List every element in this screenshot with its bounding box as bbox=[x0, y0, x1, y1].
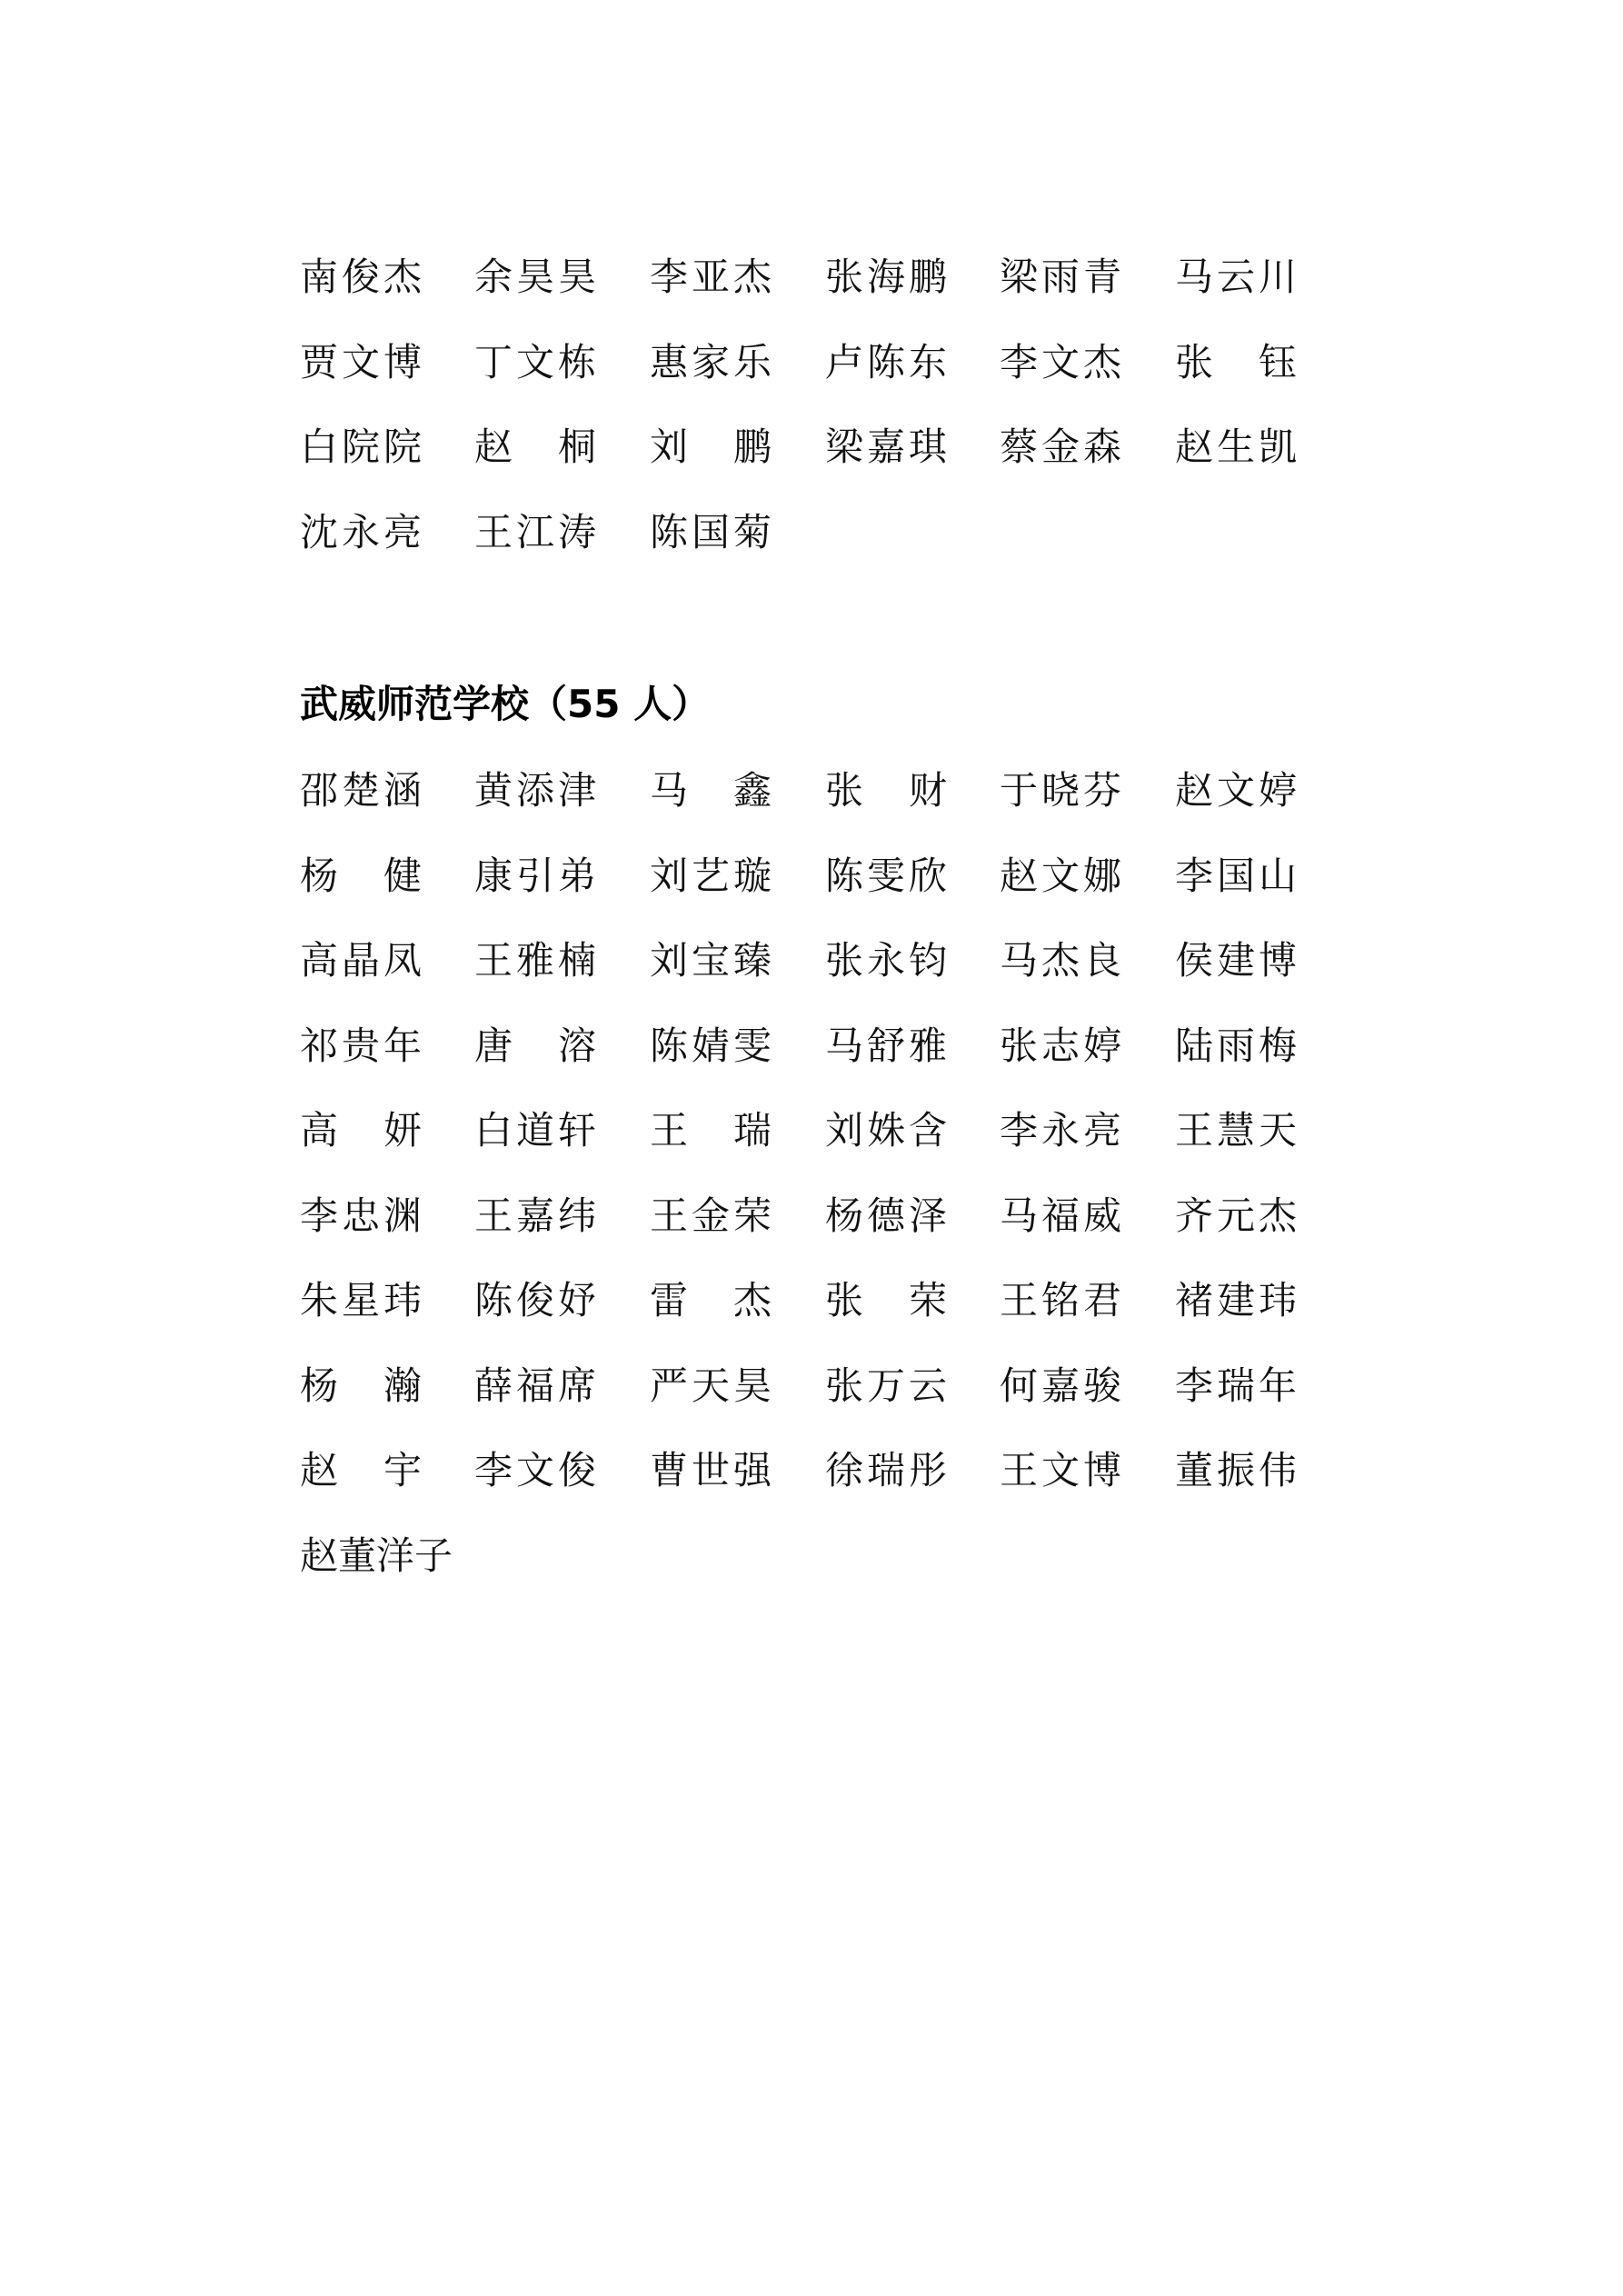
name-entry: 惠家乐 bbox=[650, 320, 775, 405]
name-entry: 李亚杰 bbox=[650, 235, 775, 320]
name-entry: 于晓芬 bbox=[1000, 748, 1125, 834]
name-entry: 李文杰 bbox=[1000, 320, 1125, 405]
name-entry: 蔡金森 bbox=[1000, 404, 1125, 490]
name-entry: 黄添津 bbox=[474, 748, 600, 834]
name-entry: 张海鹏 bbox=[825, 235, 951, 320]
name-entry: 王江涛 bbox=[474, 490, 600, 575]
name-row: 邵楚涵 黄添津 马 鑫 张 财 于晓芬 赵文婷 bbox=[300, 748, 1354, 834]
name-list-wuwei-normal-school: 邵楚涵 黄添津 马 鑫 张 财 于晓芬 赵文婷 杨 健 康引弟 刘艺璇 陈雯欣 … bbox=[300, 748, 1354, 1598]
name-entry: 张永钧 bbox=[825, 918, 951, 1003]
name-entry: 薛福席 bbox=[474, 1343, 600, 1429]
name-entry: 徐瑞彤 bbox=[825, 1428, 951, 1513]
name-entry: 王铭君 bbox=[1000, 1258, 1125, 1343]
name-entry: 王 瑞 bbox=[650, 1088, 775, 1173]
name-row: 祁贵年 唐 溶 陈婧雯 马舒雅 张志婷 陆雨梅 bbox=[300, 1003, 1354, 1089]
name-entry: 王慧天 bbox=[1175, 1088, 1300, 1173]
name-entry: 李文俊 bbox=[474, 1428, 600, 1513]
name-entry: 王金荣 bbox=[650, 1173, 775, 1259]
name-entry: 刘宝臻 bbox=[650, 918, 775, 1003]
name-entry: 卢陈东 bbox=[825, 320, 951, 405]
name-row: 朱星玮 陈俊妤 雷 杰 张 荣 王铭君 褚建玮 bbox=[300, 1258, 1354, 1343]
name-entry: 刘艺璇 bbox=[650, 834, 775, 919]
name-entry: 马福威 bbox=[1000, 1173, 1125, 1259]
name-entry: 梁雨青 bbox=[1000, 235, 1125, 320]
name-entry: 陈雯欣 bbox=[825, 834, 951, 919]
name-entry: 邵楚涵 bbox=[300, 748, 425, 834]
name-row: 赵 宇 李文俊 曹世强 徐瑞彤 王文博 董振伟 bbox=[300, 1428, 1354, 1513]
name-row: 沈永亮 王江涛 陈国菊 bbox=[300, 490, 1354, 575]
name-row: 贾文博 丁文栋 惠家乐 卢陈东 李文杰 张 钰 bbox=[300, 320, 1354, 405]
name-row: 白院院 赵 桐 刘 鹏 梁嘉琪 蔡金森 赵生凯 bbox=[300, 404, 1354, 490]
name-entry: 何嘉骏 bbox=[1000, 1343, 1125, 1429]
name-entry: 唐 溶 bbox=[474, 1003, 600, 1089]
name-entry: 刘 鹏 bbox=[650, 404, 775, 490]
name-entry: 赵 桐 bbox=[474, 404, 600, 490]
name-entry: 马舒雅 bbox=[825, 1003, 951, 1089]
name-entry: 李瑞年 bbox=[1175, 1343, 1300, 1429]
name-entry: 张 财 bbox=[825, 748, 951, 834]
name-entry: 马云川 bbox=[1175, 235, 1300, 320]
name-entry: 张 荣 bbox=[825, 1258, 951, 1343]
name-entry: 贾文博 bbox=[300, 320, 425, 405]
name-entry: 丁文栋 bbox=[474, 320, 600, 405]
name-entry: 陈婧雯 bbox=[650, 1003, 775, 1089]
name-entry: 刘姝含 bbox=[825, 1088, 951, 1173]
name-list-continued: 南俊杰 余昊昊 李亚杰 张海鹏 梁雨青 马云川 贾文博 丁文栋 惠家乐 卢陈东 … bbox=[300, 235, 1354, 574]
name-entry: 白院院 bbox=[300, 404, 425, 490]
name-entry: 王文博 bbox=[1000, 1428, 1125, 1513]
name-entry: 赵文娜 bbox=[1000, 834, 1125, 919]
name-entry: 张万云 bbox=[825, 1343, 951, 1429]
name-row: 南俊杰 余昊昊 李亚杰 张海鹏 梁雨青 马云川 bbox=[300, 235, 1354, 320]
name-entry: 杨德泽 bbox=[825, 1173, 951, 1259]
name-entry: 张志婷 bbox=[1000, 1003, 1125, 1089]
name-entry: 张 钰 bbox=[1175, 320, 1300, 405]
name-row: 杨 瀚 薛福席 严天昊 张万云 何嘉骏 李瑞年 bbox=[300, 1343, 1354, 1429]
name-entry: 王嘉纬 bbox=[474, 1173, 600, 1259]
name-entry: 陈俊妤 bbox=[474, 1258, 600, 1343]
document-page: 南俊杰 余昊昊 李亚杰 张海鹏 梁雨青 马云川 贾文博 丁文栋 惠家乐 卢陈东 … bbox=[0, 0, 1623, 2296]
name-entry: 梁嘉琪 bbox=[825, 404, 951, 490]
name-entry: 祁贵年 bbox=[300, 1003, 425, 1089]
name-entry: 余昊昊 bbox=[474, 235, 600, 320]
name-entry: 杨 健 bbox=[300, 834, 425, 919]
section-heading: 武威师范学校（55 人） bbox=[300, 677, 710, 732]
name-row: 高 妍 白道轩 王 瑞 刘姝含 李永亮 王慧天 bbox=[300, 1088, 1354, 1173]
name-entry: 李忠渊 bbox=[300, 1173, 425, 1259]
name-entry: 高 妍 bbox=[300, 1088, 425, 1173]
name-entry: 白道轩 bbox=[474, 1088, 600, 1173]
name-entry: 陈国菊 bbox=[650, 490, 775, 575]
name-entry: 马杰良 bbox=[1000, 918, 1125, 1003]
name-entry: 赵文婷 bbox=[1175, 748, 1300, 834]
name-entry: 严天昊 bbox=[650, 1343, 775, 1429]
name-entry: 杨 瀚 bbox=[300, 1343, 425, 1429]
name-entry: 沈永亮 bbox=[300, 490, 425, 575]
name-row: 杨 健 康引弟 刘艺璇 陈雯欣 赵文娜 李国山 bbox=[300, 834, 1354, 919]
name-entry: 褚建玮 bbox=[1175, 1258, 1300, 1343]
name-row: 李忠渊 王嘉纬 王金荣 杨德泽 马福威 齐元杰 bbox=[300, 1173, 1354, 1259]
name-entry: 董振伟 bbox=[1175, 1428, 1300, 1513]
name-entry: 朱星玮 bbox=[300, 1258, 425, 1343]
name-row: 高晶凤 王雅楠 刘宝臻 张永钧 马杰良 侯建博 bbox=[300, 918, 1354, 1003]
name-entry: 康引弟 bbox=[474, 834, 600, 919]
name-entry: 南俊杰 bbox=[300, 235, 425, 320]
name-entry: 曹世强 bbox=[650, 1428, 775, 1513]
name-entry: 齐元杰 bbox=[1175, 1173, 1300, 1259]
name-entry: 马 鑫 bbox=[650, 748, 775, 834]
name-entry: 李永亮 bbox=[1000, 1088, 1125, 1173]
name-entry: 赵 宇 bbox=[300, 1428, 425, 1513]
name-entry: 侯建博 bbox=[1175, 918, 1300, 1003]
name-entry: 陆雨梅 bbox=[1175, 1003, 1300, 1089]
name-entry: 高晶凤 bbox=[300, 918, 425, 1003]
name-entry: 赵生凯 bbox=[1175, 404, 1300, 490]
name-entry: 李国山 bbox=[1175, 834, 1300, 919]
name-entry: 赵董洋子 bbox=[300, 1513, 453, 1599]
name-entry: 雷 杰 bbox=[650, 1258, 775, 1343]
name-entry: 王雅楠 bbox=[474, 918, 600, 1003]
name-row: 赵董洋子 bbox=[300, 1513, 1354, 1599]
